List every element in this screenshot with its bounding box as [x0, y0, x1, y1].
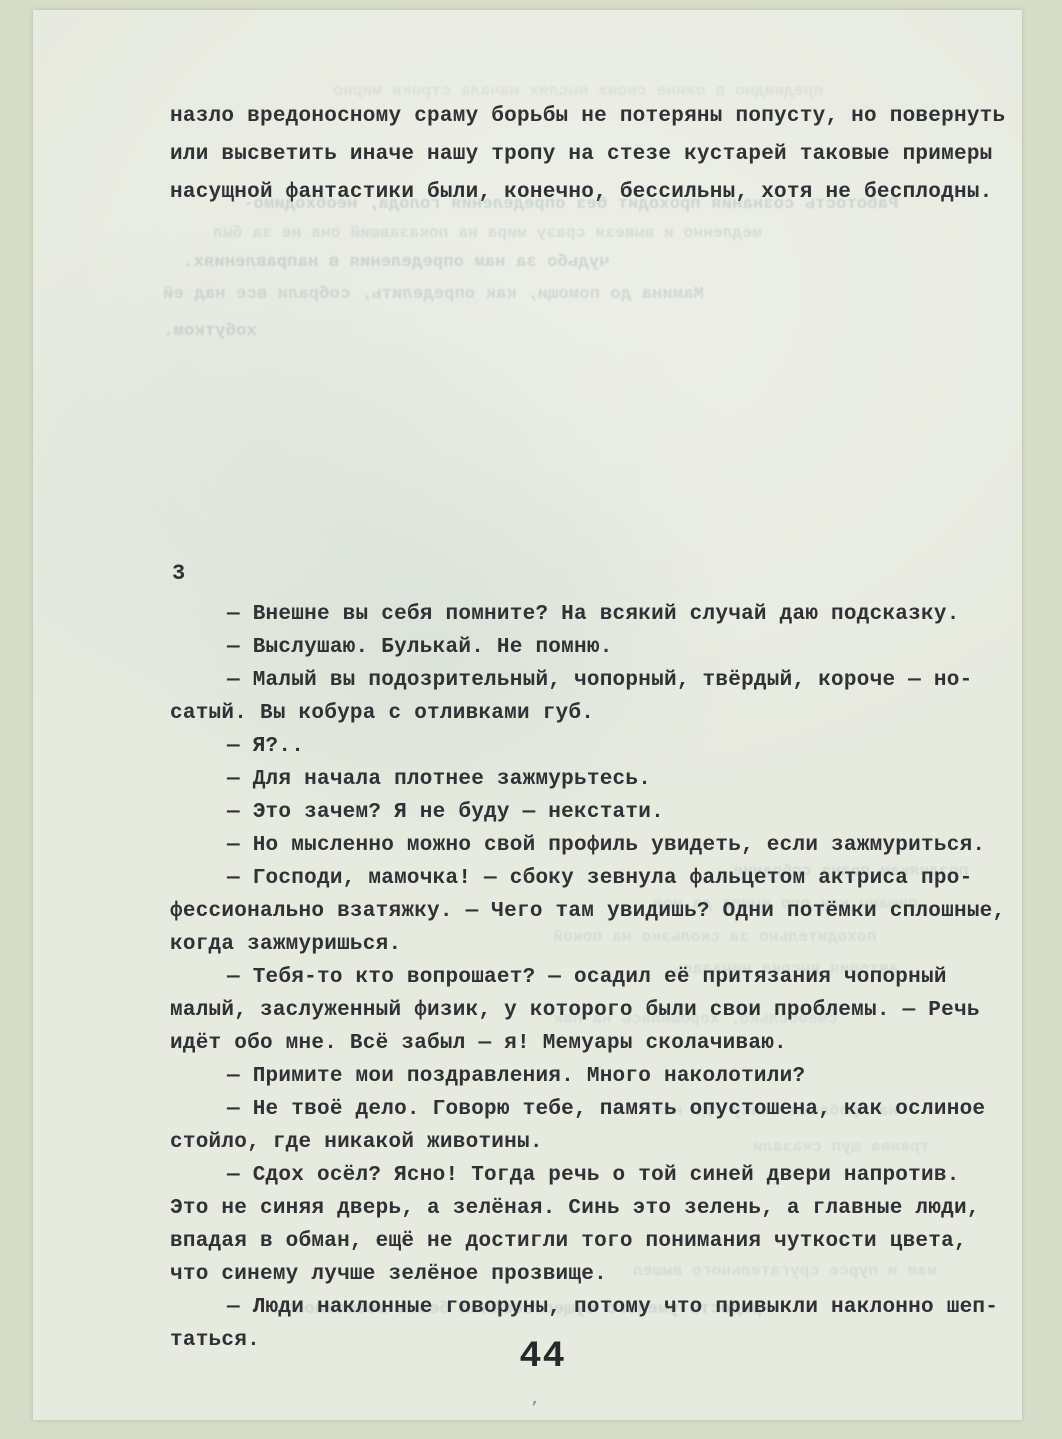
page-number: 44 [48, 1336, 1037, 1378]
text-line: фессионально взатяжку. — Чего там увидиш… [170, 895, 1015, 928]
text-line: — Тебя-то кто вопрошает? — осадил её при… [170, 961, 1015, 994]
text-line: малый, заслуженный физик, у которого был… [170, 994, 1015, 1027]
text-line: — Это зачем? Я не буду — некстати. [170, 796, 1015, 829]
text-line: насущной фантастики были, конечно, бесси… [170, 174, 1010, 212]
text-line: — Внешне вы себя помните? На всякий случ… [170, 598, 1015, 631]
dialogue-paragraph: — Тебя-то кто вопрошает? — осадил её при… [170, 961, 1015, 1060]
intro-paragraph: назло вредоносному сраму борьбы не потер… [170, 98, 1010, 212]
section-number: 3 [172, 561, 185, 586]
dialogue-paragraph: — Для начала плотнее зажмурьтесь. [170, 763, 1015, 796]
text-line: идёт обо мне. Всё забыл — я! Мемуары ско… [170, 1027, 1015, 1060]
text-line: — Примите мои поздравления. Много наколо… [170, 1060, 1015, 1093]
text-line: — Для начала плотнее зажмурьтесь. [170, 763, 1015, 796]
text-line: — Малый вы подозрительный, чопорный, твё… [170, 664, 1015, 697]
dialogue-paragraph: — Примите мои поздравления. Много наколо… [170, 1060, 1015, 1093]
paper-sheet: предвидно в ожине своих мыслях начала ст… [33, 10, 1022, 1420]
text-line: сатый. Вы кобура с отливками губ. [170, 697, 1015, 730]
text-line: — Но мысленно можно свой профиль увидеть… [170, 829, 1015, 862]
stray-ink-mark: ’ [530, 1400, 539, 1417]
dialogue-paragraph: — Выслушаю. Булькай. Не помню. [170, 631, 1015, 664]
dialogue-text: — Внешне вы себя помните? На всякий случ… [170, 598, 1015, 1357]
text-line: — Я?.. [170, 730, 1015, 763]
text-line: стойло, где никакой животины. [170, 1126, 1015, 1159]
text-line: назло вредоносному сраму борьбы не потер… [170, 98, 1010, 136]
text-line: — Сдох осёл? Ясно! Тогда речь о той сине… [170, 1159, 1015, 1192]
text-line: Это не синяя дверь, а зелёная. Синь это … [170, 1192, 1015, 1225]
dialogue-paragraph: — Малый вы подозрительный, чопорный, твё… [170, 664, 1015, 730]
page-content: назло вредоносному сраму борьбы не потер… [33, 10, 1022, 1420]
text-line: — Господи, мамочка! — сбоку зевнула фаль… [170, 862, 1015, 895]
text-line: что синему лучше зелёное прозвище. [170, 1258, 1015, 1291]
text-line: впадая в обман, ещё не достигли того пон… [170, 1225, 1015, 1258]
dialogue-paragraph: — Не твоё дело. Говорю тебе, память опус… [170, 1093, 1015, 1159]
text-line: — Не твоё дело. Говорю тебе, память опус… [170, 1093, 1015, 1126]
text-line: — Люди наклонные говоруны, потому что пр… [170, 1291, 1015, 1324]
text-line: или высветить иначе нашу тропу на стезе … [170, 136, 1010, 174]
dialogue-paragraph: — Внешне вы себя помните? На всякий случ… [170, 598, 1015, 631]
dialogue-paragraph: — Сдох осёл? Ясно! Тогда речь о той сине… [170, 1159, 1015, 1291]
dialogue-paragraph: — Это зачем? Я не буду — некстати. [170, 796, 1015, 829]
scanned-book-page: { "document": { "section_number": "3", "… [0, 0, 1062, 1439]
text-line: когда зажмуришься. [170, 928, 1015, 961]
dialogue-paragraph: — Я?.. [170, 730, 1015, 763]
dialogue-paragraph: — Но мысленно можно свой профиль увидеть… [170, 829, 1015, 862]
text-line: — Выслушаю. Булькай. Не помню. [170, 631, 1015, 664]
dialogue-paragraph: — Господи, мамочка! — сбоку зевнула фаль… [170, 862, 1015, 961]
